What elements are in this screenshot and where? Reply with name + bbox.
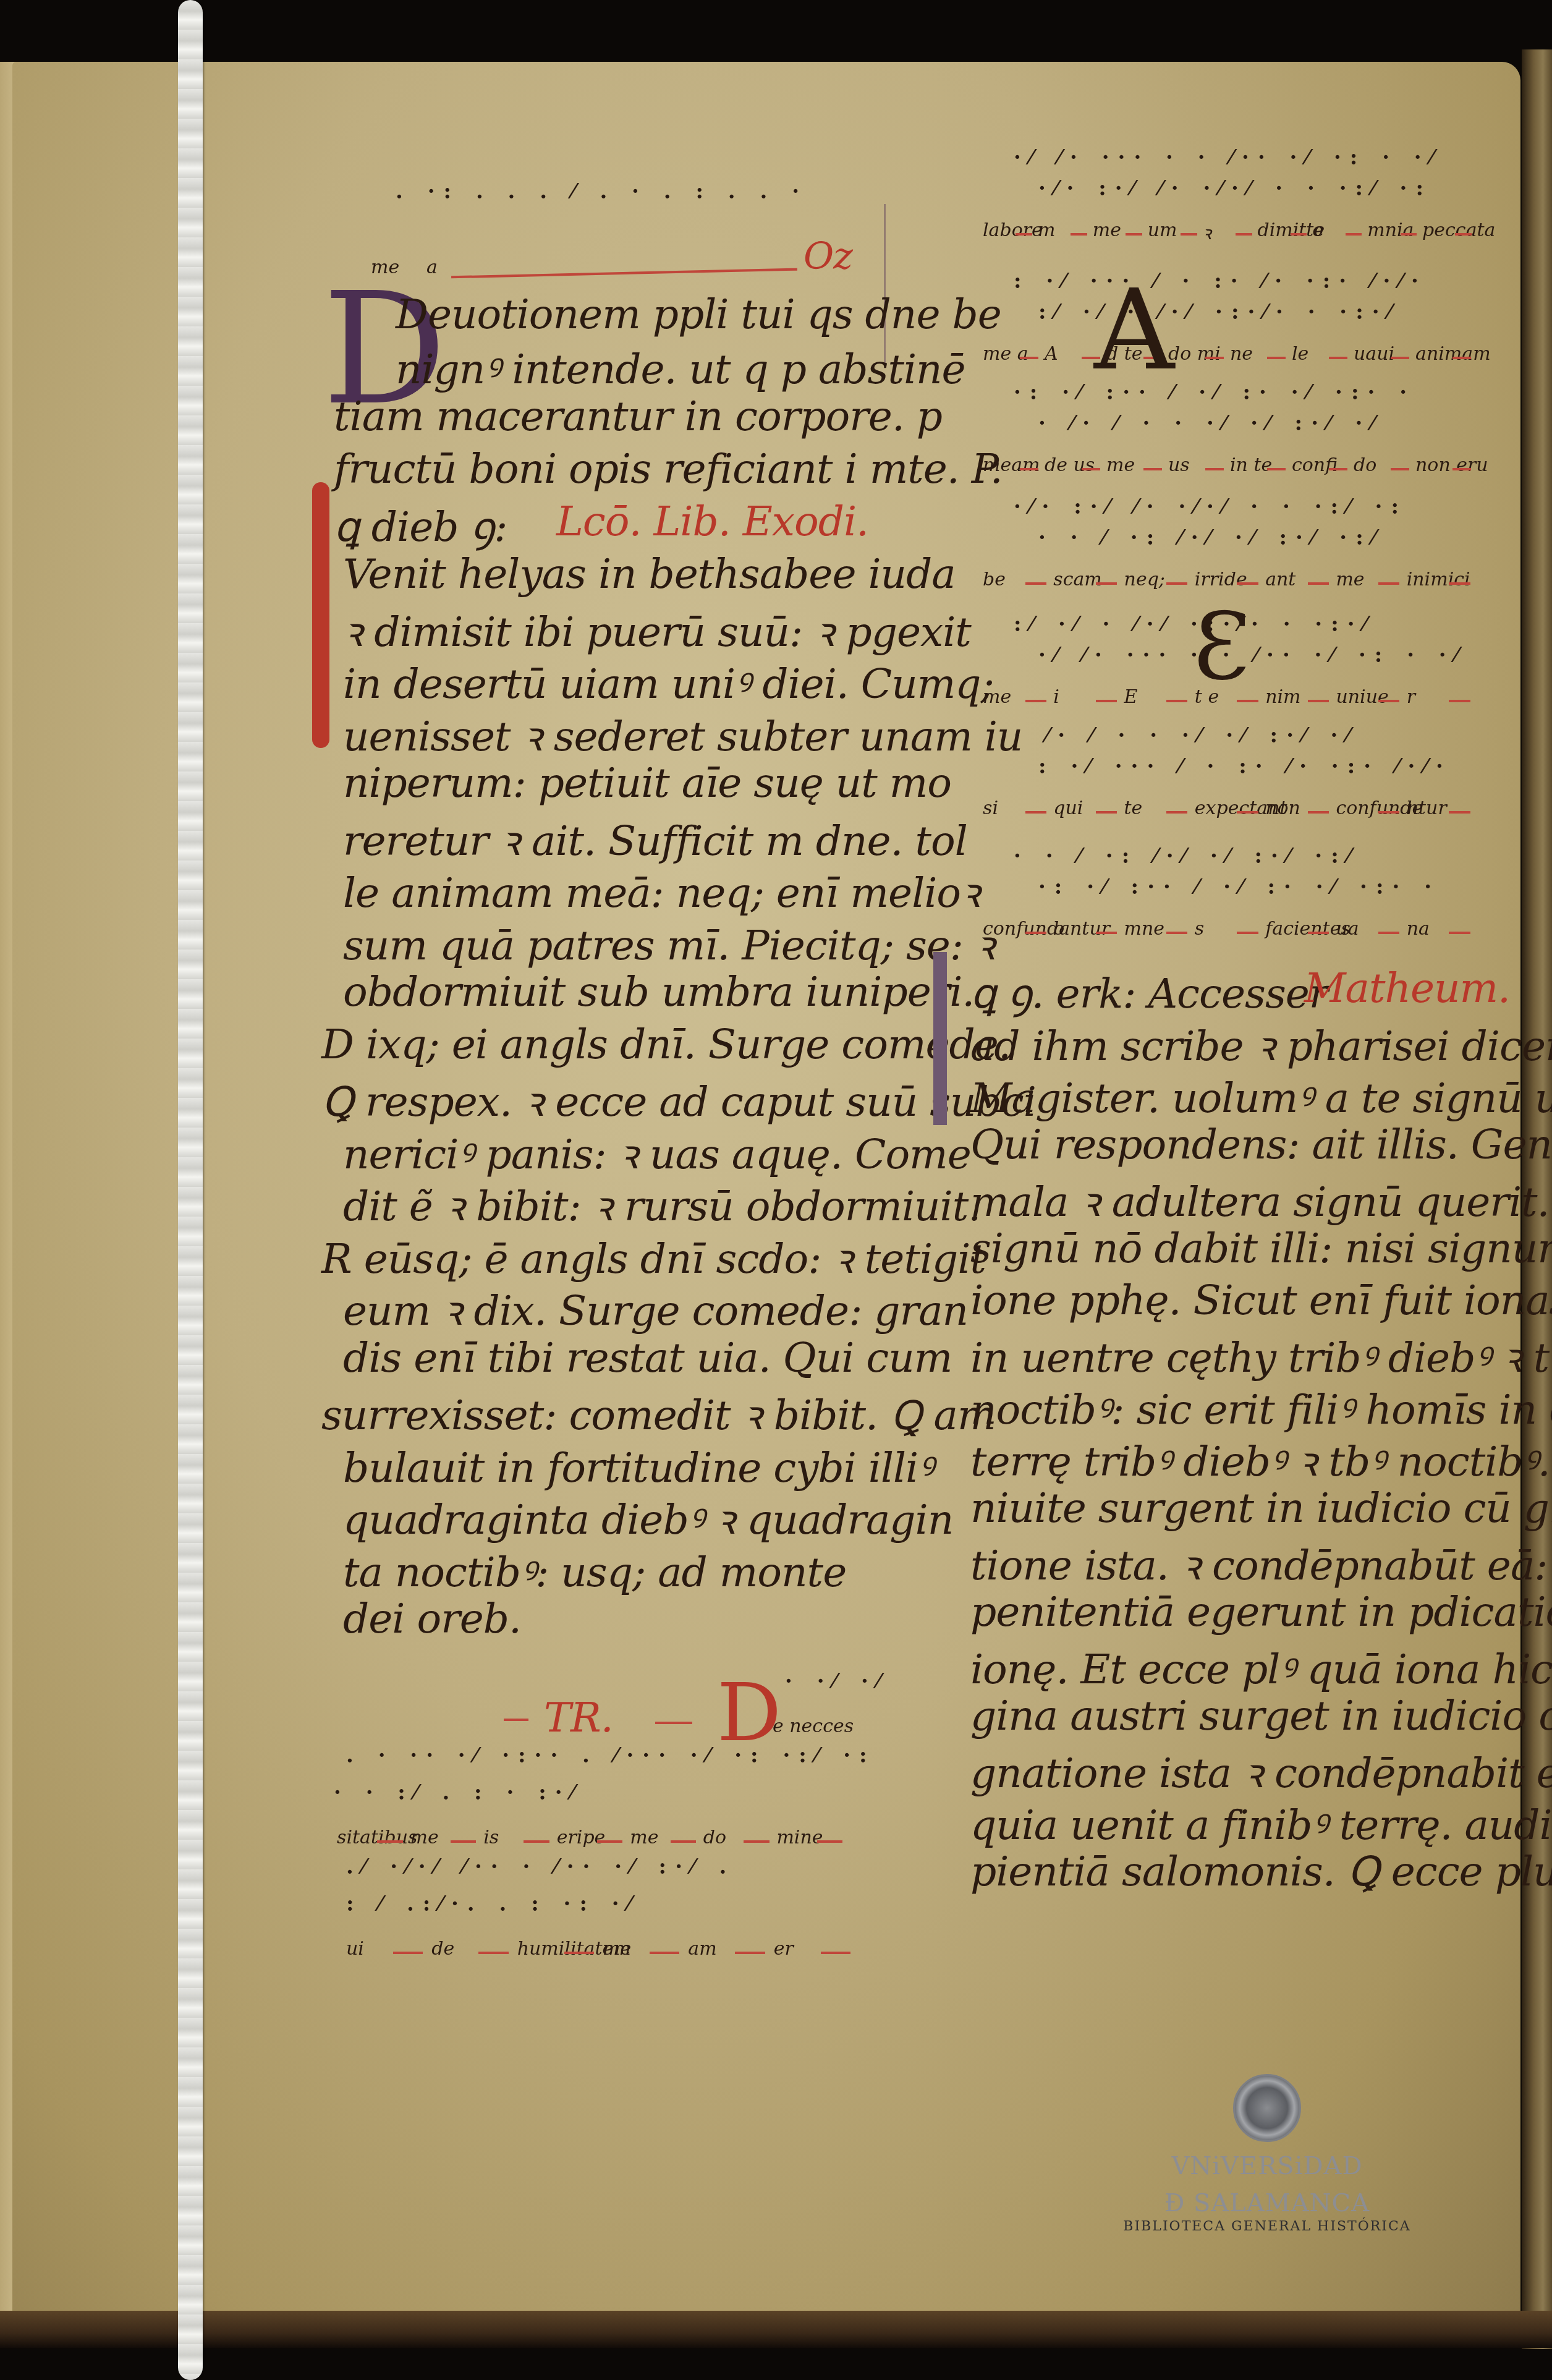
rubric-line	[1166, 932, 1187, 934]
text-line: pientiā salomonis. Ꝗ ecce plusquā	[970, 1848, 1552, 1895]
text-line: noctibꝰ: sic erit filiꝰ homīs in corde	[970, 1380, 1552, 1436]
text-line: tione ista. ꝛ condēpnabūt eā: quia	[970, 1536, 1552, 1592]
text-line: signū nō dabit illi: nisi signum	[970, 1225, 1552, 1272]
chant-syllable: m	[1038, 219, 1055, 241]
chant-syllable: non eru	[1415, 454, 1488, 476]
purple-initial-i	[933, 952, 947, 1125]
rubric-line	[1267, 468, 1286, 470]
chant-syllable: neq;	[1124, 569, 1165, 590]
rubric-line	[1267, 357, 1286, 359]
neume-row: ·: ·⁄ :·· ⁄ ·⁄ :· ·⁄ ·:· ·	[1014, 380, 1415, 405]
rubric-line	[1166, 700, 1187, 702]
rubric-line	[1166, 582, 1187, 585]
chant-syllable: ntur	[1407, 797, 1447, 819]
neume-row: · · ⁄ ·: ⁄·⁄ ·⁄ :·⁄ ·:⁄	[1014, 844, 1359, 869]
neume-row: ·⁄ ⁄· ··· · · ⁄·· ·⁄ ·: · ·⁄	[1014, 145, 1442, 170]
rubric-line	[1025, 932, 1046, 934]
chant-syllable: ne	[1230, 343, 1253, 365]
chant-syllable: um	[1148, 219, 1177, 241]
rubric-line	[1025, 700, 1046, 702]
rubric-line	[1237, 582, 1258, 585]
rubric-line	[1401, 233, 1417, 236]
chant-syllable: me a	[983, 343, 1028, 365]
text-line: Qui respondens: ait illis. Generatio	[970, 1121, 1552, 1168]
rubric-line	[1016, 233, 1032, 236]
neume-row: : ·⁄ ··· ⁄ · :· ⁄· ·:· ⁄·⁄·	[1014, 269, 1427, 294]
watermark-city: Ð SALAMANCA	[1106, 2190, 1428, 2216]
text-line: ionę. Et ecce plꝰ quā iona hic. Re	[970, 1640, 1552, 1696]
rubric-line	[1329, 357, 1347, 359]
chant-syllable: de us	[1045, 454, 1095, 476]
neume-row: ·⁄ ⁄· ··· · · ⁄·· ·⁄ ·: · ·⁄	[1038, 643, 1467, 668]
chant-syllable: i	[1053, 686, 1059, 708]
chant-syllable: non	[1265, 797, 1300, 819]
text-line: ione pphę. Sicut enī fuit ionas	[970, 1277, 1552, 1324]
rubric-line	[1449, 932, 1470, 934]
chant-syllable: us	[1168, 454, 1190, 476]
rubric-line	[1020, 468, 1038, 470]
chant-syllable: E	[1124, 686, 1138, 708]
text-line: penitentiā egerunt in pdicatione	[970, 1588, 1552, 1636]
rubric-line	[1391, 468, 1409, 470]
rubric-line	[1291, 233, 1307, 236]
neume-row: : ·⁄ ··· ⁄ · :· ⁄· ·:· ⁄·⁄·	[1038, 754, 1452, 779]
rubric-line	[1308, 700, 1329, 702]
chant-syllable: na	[1407, 918, 1430, 940]
rubric-line	[1308, 582, 1329, 585]
chant-syllable: A	[1045, 343, 1058, 365]
text-line: Magister. uolumꝰ a te signū uide.	[970, 1069, 1552, 1124]
gospel-heading: ꝗ ꝯ. erk: Accesser	[970, 964, 1328, 1020]
rubric-line	[1025, 582, 1046, 585]
chant-syllable: r	[1407, 686, 1415, 708]
rubric-line	[1096, 582, 1117, 585]
rubric-line	[1236, 233, 1252, 236]
chant-syllable: irride	[1195, 569, 1247, 590]
text-line: ad ihm scribe ꝛ pharisei dicentes.	[970, 1017, 1552, 1073]
text-line: gina austri surget in iudicio cū	[970, 1692, 1552, 1740]
neume-row: :⁄ ·⁄ · ⁄·⁄ ·:·⁄· · ·:·⁄	[1038, 300, 1400, 325]
rubric-line	[1237, 932, 1258, 934]
chant-syllable: me	[1106, 454, 1135, 476]
chant-initial-a: A	[1094, 266, 1174, 395]
chant-syllable: uniue	[1336, 686, 1388, 708]
rubric-line	[1378, 700, 1399, 702]
neume-row: ·⁄· :·⁄ ⁄· ·⁄·⁄ · · ·:⁄ ·:	[1038, 176, 1432, 201]
chant-syllable: peccata	[1422, 219, 1495, 241]
chant-syllable: nim	[1265, 686, 1300, 708]
rubric-line	[1452, 468, 1471, 470]
chant-syllable: do mi	[1168, 343, 1221, 365]
rubric-line	[1378, 932, 1399, 934]
rubric-line	[1181, 233, 1197, 236]
rubric-line	[1308, 811, 1329, 814]
rubric-line	[1452, 357, 1471, 359]
chant-syllable: si	[983, 797, 998, 819]
chant-syllable: qui	[1053, 797, 1083, 819]
text-line: gnatione ista ꝛ condēpnabit eam:	[970, 1744, 1552, 1800]
neume-row: ·: ·⁄ :·· ⁄ ·⁄ :· ·⁄ ·:· ·	[1038, 875, 1440, 899]
rubric-line	[1455, 233, 1472, 236]
watermark-university: VNiVERSiDAD	[1106, 2153, 1428, 2179]
rubric-line	[1346, 233, 1362, 236]
chant-syllable: ua	[1336, 918, 1359, 940]
chant-syllable: o	[1053, 918, 1064, 940]
watermark-library: BIBLIOTECA GENERAL HISTÓRICA	[1106, 2219, 1428, 2234]
chant-syllable: do	[1354, 454, 1376, 476]
rubric-line	[1237, 811, 1258, 814]
text-line: mala ꝛ adultera signū querit. ꝛ	[970, 1173, 1552, 1228]
chant-syllable: scam	[1053, 569, 1102, 590]
gospel-heading-rubric: Matheum.	[1304, 964, 1510, 1012]
rubric-line	[1082, 468, 1100, 470]
neume-row: · ⁄· ⁄ · · ·⁄ ·⁄ :·⁄ ·⁄	[1038, 411, 1383, 436]
rubric-line	[1143, 468, 1162, 470]
rubric-line	[1020, 357, 1038, 359]
chant-syllable: animam	[1415, 343, 1491, 365]
chant-syllable: me	[1336, 569, 1364, 590]
rubric-line	[1096, 811, 1117, 814]
chant-syllable: be	[983, 569, 1006, 590]
chant-syllable: mne	[1124, 918, 1165, 940]
chant-syllable: s	[1195, 918, 1204, 940]
rubric-line	[1329, 468, 1347, 470]
rubric-line	[1025, 811, 1046, 814]
rubric-line	[1071, 233, 1087, 236]
rubric-line	[1449, 700, 1470, 702]
chant-syllable: me	[1093, 219, 1121, 241]
neume-row: · ⁄· ⁄ · · ·⁄ ·⁄ :·⁄ ·⁄	[1014, 723, 1359, 748]
rubric-line	[1205, 357, 1224, 359]
rubric-line	[1096, 700, 1117, 702]
neume-row: ·⁄· :·⁄ ⁄· ·⁄·⁄ · · ·:⁄ ·:	[1014, 495, 1407, 519]
chant-syllable: mnia	[1367, 219, 1414, 241]
library-watermark: VNiVERSiDAD Ð SALAMANCA BIBLIOTECA GENER…	[1106, 2074, 1428, 2234]
text-line: terrę tribꝰ diebꝰ ꝛ tbꝰ noctibꝰ. Viri ni	[970, 1432, 1552, 1488]
rubric-line	[1378, 582, 1399, 585]
chant-syllable: uaui	[1354, 343, 1394, 365]
rubric-line	[1391, 357, 1409, 359]
rubric-line	[1449, 582, 1470, 585]
bookmark-cord	[178, 0, 203, 2380]
rubric-line	[1449, 811, 1470, 814]
chant-syllable: labore	[983, 219, 1043, 241]
text-line: quia uenit a finibꝰ terrę. audire sa	[970, 1796, 1552, 1851]
university-seal-icon	[1233, 2074, 1301, 2142]
chant-syllable: o	[1312, 219, 1323, 241]
chant-syllable: le	[1292, 343, 1308, 365]
chant-syllable: meam	[983, 454, 1040, 476]
chant-syllable: in te	[1230, 454, 1272, 476]
chant-syllable: confundantur	[983, 918, 1110, 940]
rubric-line	[1166, 811, 1187, 814]
chant-syllable: inimici	[1407, 569, 1470, 590]
chant-initial-e: Ɛ	[1193, 593, 1250, 701]
chant-syllable: confi	[1292, 454, 1338, 476]
rubric-line	[1378, 811, 1399, 814]
chant-syllable: ꝛ	[1203, 219, 1211, 245]
rubric-line	[1205, 468, 1224, 470]
neume-row: · · ⁄ ·: ⁄·⁄ ·⁄ :·⁄ ·:⁄	[1038, 525, 1384, 550]
rubric-line	[1126, 233, 1142, 236]
rubric-line	[1096, 932, 1117, 934]
right-column: ·⁄ ⁄· ··· · · ⁄·· ·⁄ ·: · ·⁄·⁄· :·⁄ ⁄· ·…	[0, 0, 1552, 2380]
chant-syllable: te	[1124, 797, 1143, 819]
chant-syllable: me	[983, 686, 1011, 708]
text-line: niuite surgent in iudicio cū gna	[970, 1484, 1552, 1532]
chant-syllable: ant	[1265, 569, 1295, 590]
rubric-line	[1308, 932, 1329, 934]
text-line: in uentre cęthy tribꝰ diebꝰ ꝛ tribuꝰ	[970, 1328, 1552, 1384]
